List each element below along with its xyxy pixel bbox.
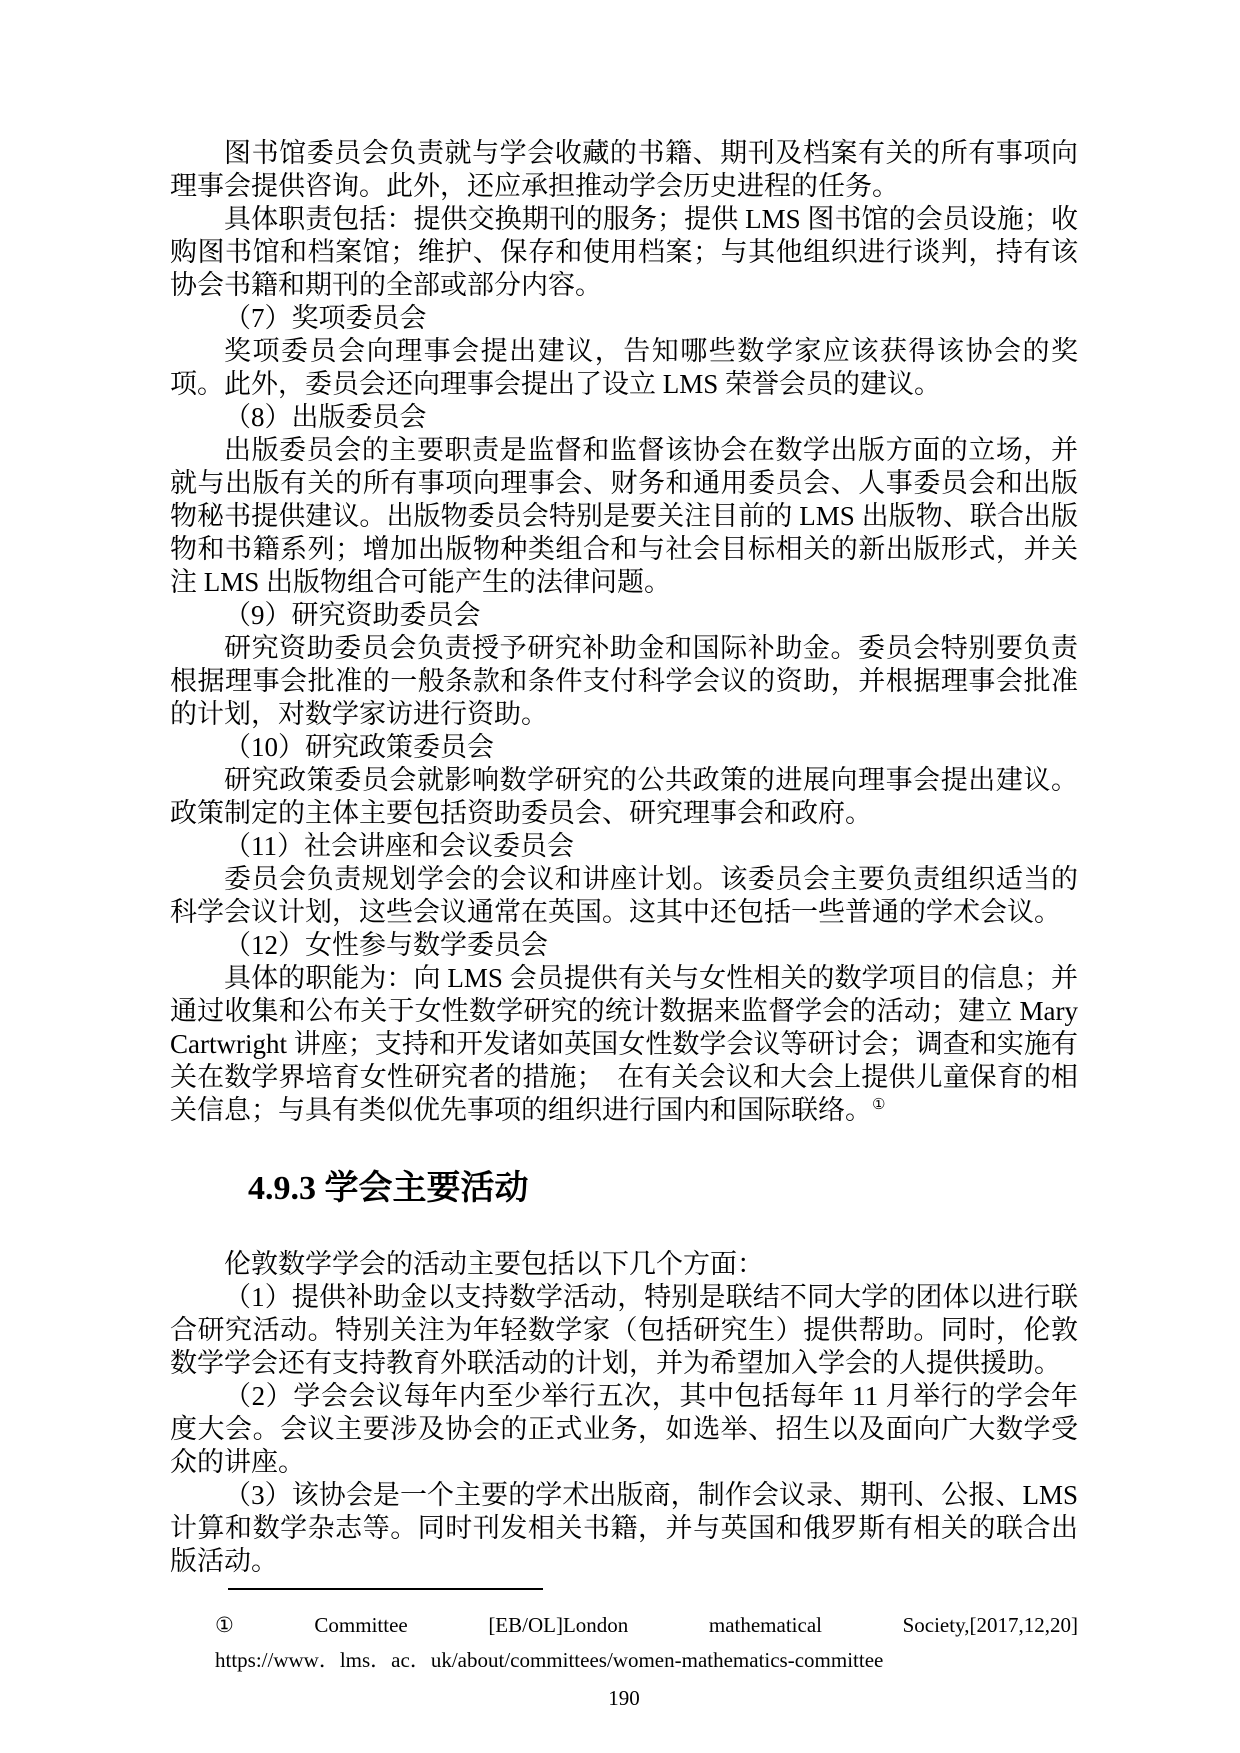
footnote-word: Society,[2017,12,20] bbox=[903, 1612, 1078, 1638]
body-paragraph: 具体的职能为：向 LMS 会员提供有关与女性相关的数学项目的信息；并通过收集和公… bbox=[170, 962, 1078, 1127]
page-number: 190 bbox=[170, 1685, 1078, 1711]
footnote-word: [EB/OL]London bbox=[488, 1612, 628, 1638]
body-paragraph: 出版委员会的主要职责是监督和监督该协会在数学出版方面的立场，并就与出版有关的所有… bbox=[170, 434, 1078, 599]
body-paragraph: （1）提供补助金以支持数学活动，特别是联结不同大学的团体以进行联合研究活动。特别… bbox=[170, 1281, 1078, 1380]
paragraph-text: 具体的职能为：向 LMS 会员提供有关与女性相关的数学项目的信息；并通过收集和公… bbox=[170, 963, 1078, 1125]
committee-item-heading: （9）研究资助委员会 bbox=[170, 599, 1078, 632]
footnote-marker: ① bbox=[215, 1612, 234, 1638]
section-heading: 4.9.3 学会主要活动 bbox=[248, 1167, 1078, 1211]
footnote-word: mathematical bbox=[709, 1612, 822, 1638]
body-paragraph: （3）该协会是一个主要的学术出版商，制作会议录、期刊、公报、LMS 计算和数学杂… bbox=[170, 1479, 1078, 1578]
committee-item-heading: （8）出版委员会 bbox=[170, 401, 1078, 434]
footnote-citation: ① Committee [EB/OL]London mathematical S… bbox=[215, 1612, 1078, 1638]
body-paragraph: （2）学会会议每年内至少举行五次，其中包括每年 11 月举行的学会年度大会。会议… bbox=[170, 1380, 1078, 1479]
page-content: 图书馆委员会负责就与学会收藏的书籍、期刊及档案有关的所有事项向理事会提供咨询。此… bbox=[170, 137, 1078, 1711]
committee-item-heading: （10）研究政策委员会 bbox=[170, 731, 1078, 764]
committee-item-heading: （11）社会讲座和会议委员会 bbox=[170, 830, 1078, 863]
body-paragraph: 伦敦数学学会的活动主要包括以下几个方面： bbox=[170, 1248, 1078, 1281]
committee-item-heading: （12）女性参与数学委员会 bbox=[170, 929, 1078, 962]
body-paragraph: 图书馆委员会负责就与学会收藏的书籍、期刊及档案有关的所有事项向理事会提供咨询。此… bbox=[170, 137, 1078, 203]
body-paragraph: 研究政策委员会就影响数学研究的公共政策的进展向理事会提出建议。政策制定的主体主要… bbox=[170, 764, 1078, 830]
body-paragraph: 研究资助委员会负责授予研究补助金和国际补助金。委员会特别要负责根据理事会批准的一… bbox=[170, 632, 1078, 731]
body-paragraph: 委员会负责规划学会的会议和讲座计划。该委员会主要负责组织适当的科学会议计划，这些… bbox=[170, 863, 1078, 929]
body-paragraph: 具体职责包括：提供交换期刊的服务；提供 LMS 图书馆的会员设施；收购图书馆和档… bbox=[170, 203, 1078, 302]
document-page: 图书馆委员会负责就与学会收藏的书籍、期刊及档案有关的所有事项向理事会提供咨询。此… bbox=[0, 0, 1240, 1753]
footnote-url: https://www．lms．ac．uk/about/committees/w… bbox=[215, 1647, 1078, 1673]
body-paragraph: 奖项委员会向理事会提出建议，告知哪些数学家应该获得该协会的奖项。此外，委员会还向… bbox=[170, 335, 1078, 401]
footnote-separator bbox=[228, 1588, 543, 1590]
committee-item-heading: （7）奖项委员会 bbox=[170, 302, 1078, 335]
footnote-reference: ① bbox=[872, 1097, 885, 1113]
footnote-word: Committee bbox=[314, 1612, 407, 1638]
